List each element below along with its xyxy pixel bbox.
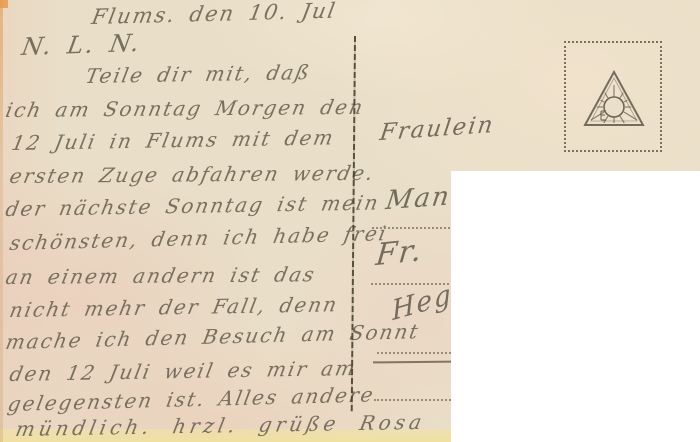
message-line: Teile dir mit, daß (84, 60, 314, 88)
scan-whiteout-overlay (451, 171, 700, 442)
address-rule (377, 352, 451, 354)
message-line: ich am Sonntag Morgen den (4, 95, 367, 122)
address-rule (372, 227, 450, 229)
postcard-scan: Flums. den 10. Jul N. L. N. Teile dir mi… (0, 0, 700, 442)
message-line: ersten Zuge abfahren werde. (8, 161, 378, 188)
salutation-text: N. L. N. (20, 29, 144, 61)
address-rule (374, 399, 451, 401)
triangle-sun-stamp-icon (583, 69, 645, 129)
street-prefix-text: Fr. (374, 233, 425, 274)
recipient-name-text: Man (384, 181, 453, 216)
stamp-box (564, 41, 662, 152)
paper-corner-mark (0, 0, 8, 8)
message-line: an einem andern ist das (4, 262, 319, 289)
